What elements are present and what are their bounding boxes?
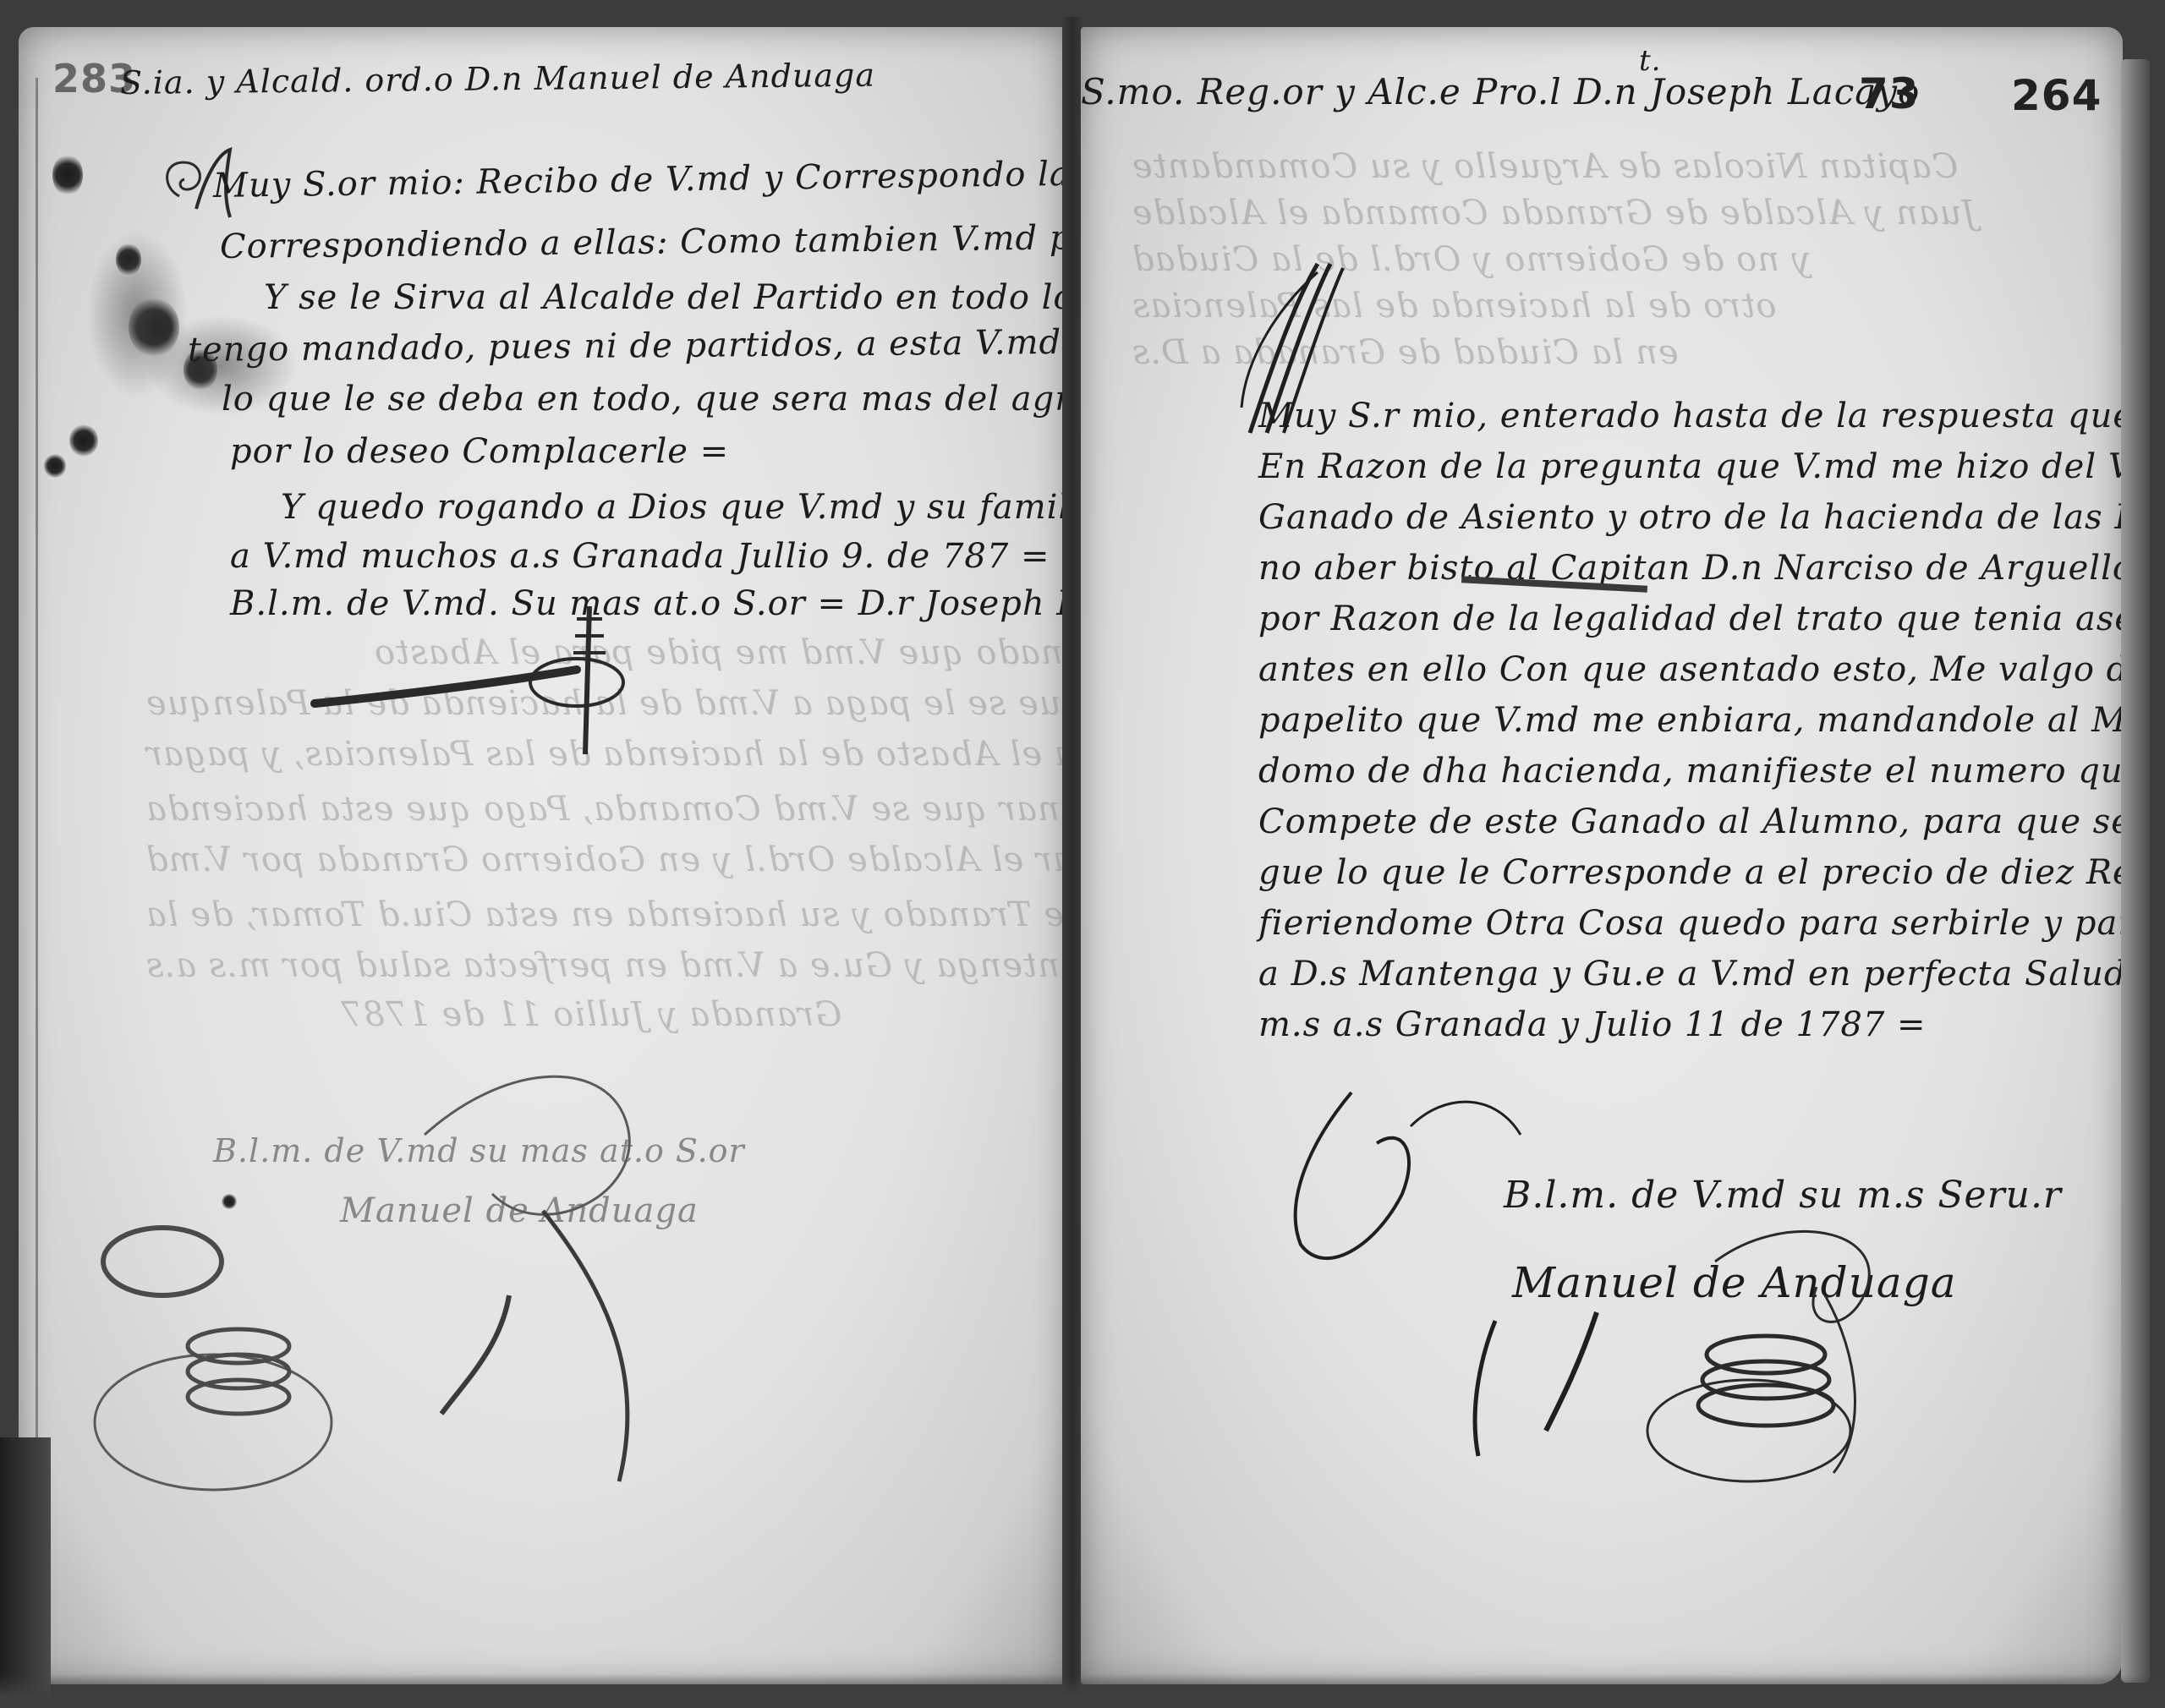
ink-blot [69, 424, 98, 457]
bleed-through-line: otro de la hacienda de las Palencias [1132, 289, 1776, 323]
bleed-through-line: Juan y Alcalde de Granada Comanda el Alc… [1132, 196, 1976, 230]
body-line: a V.md muchos a.s Granada Jullio 9. de 7… [230, 539, 1050, 573]
ink-blot [52, 154, 83, 196]
body-line: Ganado de Asiento y otro de la hacienda … [1258, 501, 2123, 534]
scan-bottom-shadow [0, 1674, 2165, 1708]
page-edge-shadow [0, 1437, 51, 1708]
body-line: Muy S.r mio, enterado hasta de la respue… [1258, 399, 2123, 433]
body-line: En Razon de la pregunta que V.md me hizo… [1258, 450, 2123, 484]
signature-rubric-icon [1275, 1076, 2036, 1515]
signature-rubric-icon [69, 1025, 881, 1498]
body-line: lo que le se deba en todo, que sera mas … [222, 382, 1067, 416]
book-gutter [1062, 17, 1082, 1700]
bleed-through-line: en la Ciudad de Granada a D.s [1132, 336, 1679, 370]
body-line: Muy S.or mio: Recibo de V.md y Correspon… [213, 154, 1067, 203]
body-line: por lo deseo Complacerle = [230, 435, 729, 468]
body-line: tengo mandado, pues ni de partidos, a es… [188, 325, 1067, 367]
body-line: gue lo que le Corresponde a el precio de… [1258, 856, 2123, 890]
right-page-header: S.mo. Reg.or y Alc.e Pro.l D.n Joseph La… [1081, 71, 1920, 112]
right-page: S.mo. Reg.or y Alc.e Pro.l D.n Joseph La… [1081, 27, 2123, 1684]
ink-dot [222, 1194, 237, 1209]
body-line: Correspondiendo a ellas: Como tambien V.… [220, 219, 1067, 264]
body-line: no aber bisto al Capitan D.n Narciso de … [1258, 551, 2123, 585]
margin-rule [36, 78, 38, 1617]
ink-blot [44, 454, 66, 478]
bleed-through-line: a D.s Mantenga y Gu.e a V.md en perfecta… [145, 949, 1067, 983]
folio-number-secondary: 73 [1859, 69, 1920, 118]
body-line: Y quedo rogando a Dios que V.md y su fam… [281, 490, 1067, 524]
body-line-date: m.s a.s Granada y Julio 11 de 1787 = [1258, 1008, 1927, 1042]
bleed-through-line: quedo de ganar que se V.md Comanda, Pago… [145, 792, 1067, 826]
body-line: papelito que V.md me enbiara, mandandole… [1258, 703, 2123, 737]
left-page: 283 S.ia. y Alcald. ord.o D.n Manuel de … [19, 27, 1067, 1684]
body-line: antes en ello Con que asentado esto, Me … [1258, 653, 2123, 687]
bleed-through-line: este Tranado y su hacienda en esta Ciu.d… [145, 898, 1067, 932]
rubric-flourish-icon [298, 602, 653, 771]
body-line: fieriendome Otra Cosa quedo para serbirl… [1258, 906, 2123, 940]
body-line: por Razon de la legalidad del trato que … [1258, 602, 2123, 636]
bleed-through-line: Capitan Nicolas de Arguello y su Comanda… [1132, 150, 1958, 183]
bleed-through-line: a pagar el Alcalde Ord.l y en Gobierno G… [145, 843, 1067, 877]
body-line: Compete de este Ganado al Alumno, para q… [1258, 805, 2123, 839]
page-edge [2121, 59, 2150, 1683]
body-line: Y se le Sirva al Alcalde del Partido en … [264, 281, 1067, 315]
manuscript-scan: 283 S.ia. y Alcald. ord.o D.n Manuel de … [0, 0, 2165, 1708]
header-mark: t. [1639, 44, 1661, 78]
folio-number-primary: 264 [2011, 71, 2102, 120]
body-line: a D.s Mantenga y Gu.e a V.md en perfecta… [1258, 957, 2123, 991]
body-line: domo de dha hacienda, manifieste el nume… [1258, 754, 2123, 788]
left-page-header: S.ia. y Alcald. ord.o D.n Manuel de Andu… [120, 57, 875, 101]
